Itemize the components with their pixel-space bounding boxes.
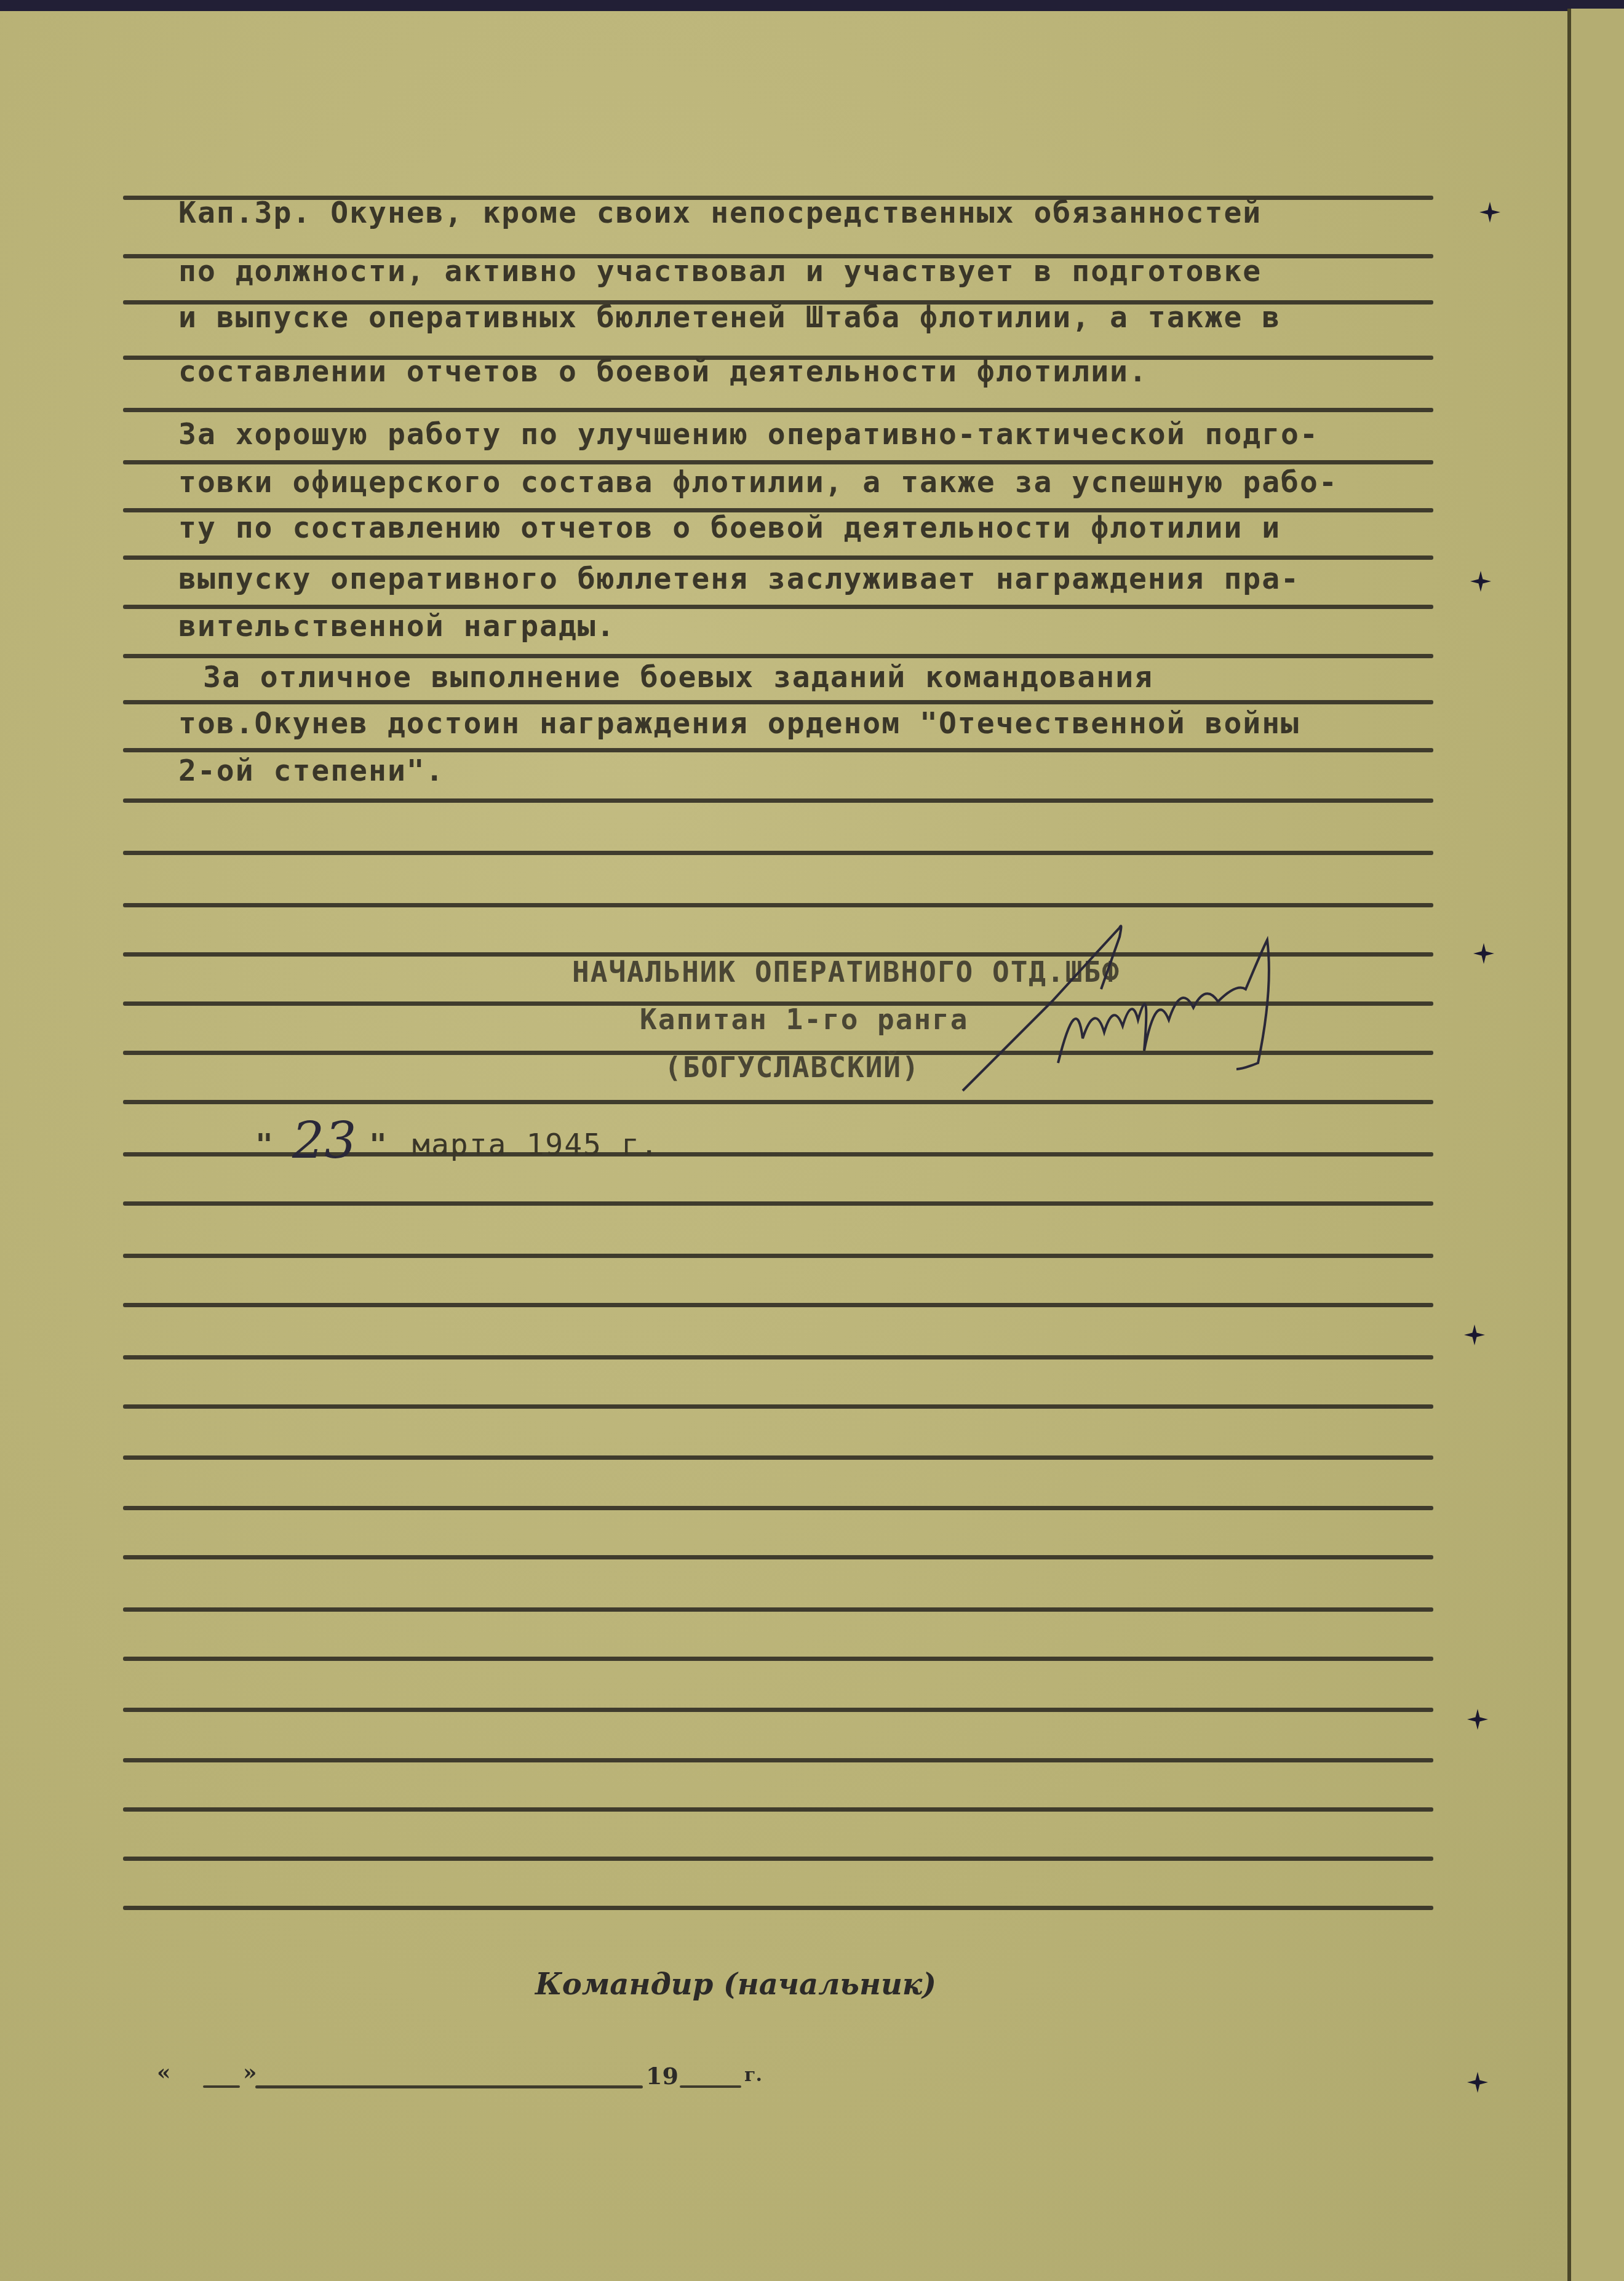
- punch-hole-icon: [1470, 571, 1491, 592]
- body-line-12: 2-ой степени".: [178, 754, 445, 788]
- footer-year-prefix: 19: [646, 2062, 679, 2090]
- body-line-6: товки офицерского состава флотилии, а та…: [178, 465, 1338, 500]
- body-line-5: За хорошую работу по улучшению оперативн…: [178, 417, 1319, 452]
- footer-year-suffix: г.: [744, 2064, 762, 2086]
- date-day-handwritten: 23: [292, 1112, 356, 1171]
- handwritten-signature: [892, 915, 1335, 1112]
- body-line-9: вительственной награды.: [178, 609, 616, 643]
- body-line-4: составлении отчетов о боевой деятельност…: [178, 354, 1148, 389]
- footer-date-close: »: [243, 2060, 257, 2085]
- body-line-10: За отличное выполнение боевых заданий ко…: [203, 660, 1153, 695]
- date-open-quote: ": [255, 1128, 274, 1162]
- punch-hole-icon: [1467, 2072, 1488, 2093]
- punch-hole-icon: [1467, 1709, 1488, 1730]
- date-month-year: марта 1945 г.: [412, 1128, 659, 1162]
- punch-hole-icon: [1464, 1324, 1485, 1345]
- body-line-11: тов.Окунев достоин награждения орденом "…: [178, 706, 1300, 741]
- signer-name: (БОГУСЛАВСКИЙ): [664, 1051, 920, 1084]
- punch-hole-icon: [1473, 943, 1494, 964]
- scan-background-top: [0, 0, 1624, 12]
- date-close-quote: ": [369, 1128, 388, 1162]
- body-line-1: Кап.3р. Окунев, кроме своих непосредстве…: [178, 196, 1262, 230]
- document-page: Кап.3р. Окунев, кроме своих непосредстве…: [0, 11, 1567, 2281]
- body-line-3: и выпуске оперативных бюллетеней Штаба ф…: [178, 300, 1281, 335]
- footer-date-open: «: [157, 2060, 171, 2085]
- adjacent-page-edge: [1567, 9, 1624, 2281]
- commander-label: Командир (начальник): [535, 1967, 936, 2002]
- body-line-8: выпуску оперативного бюллетеня заслужива…: [178, 562, 1300, 596]
- punch-hole-icon: [1479, 202, 1500, 223]
- body-line-2: по должности, активно участвовал и участ…: [178, 254, 1262, 289]
- body-line-7: ту по составлению отчетов о боевой деяте…: [178, 511, 1281, 545]
